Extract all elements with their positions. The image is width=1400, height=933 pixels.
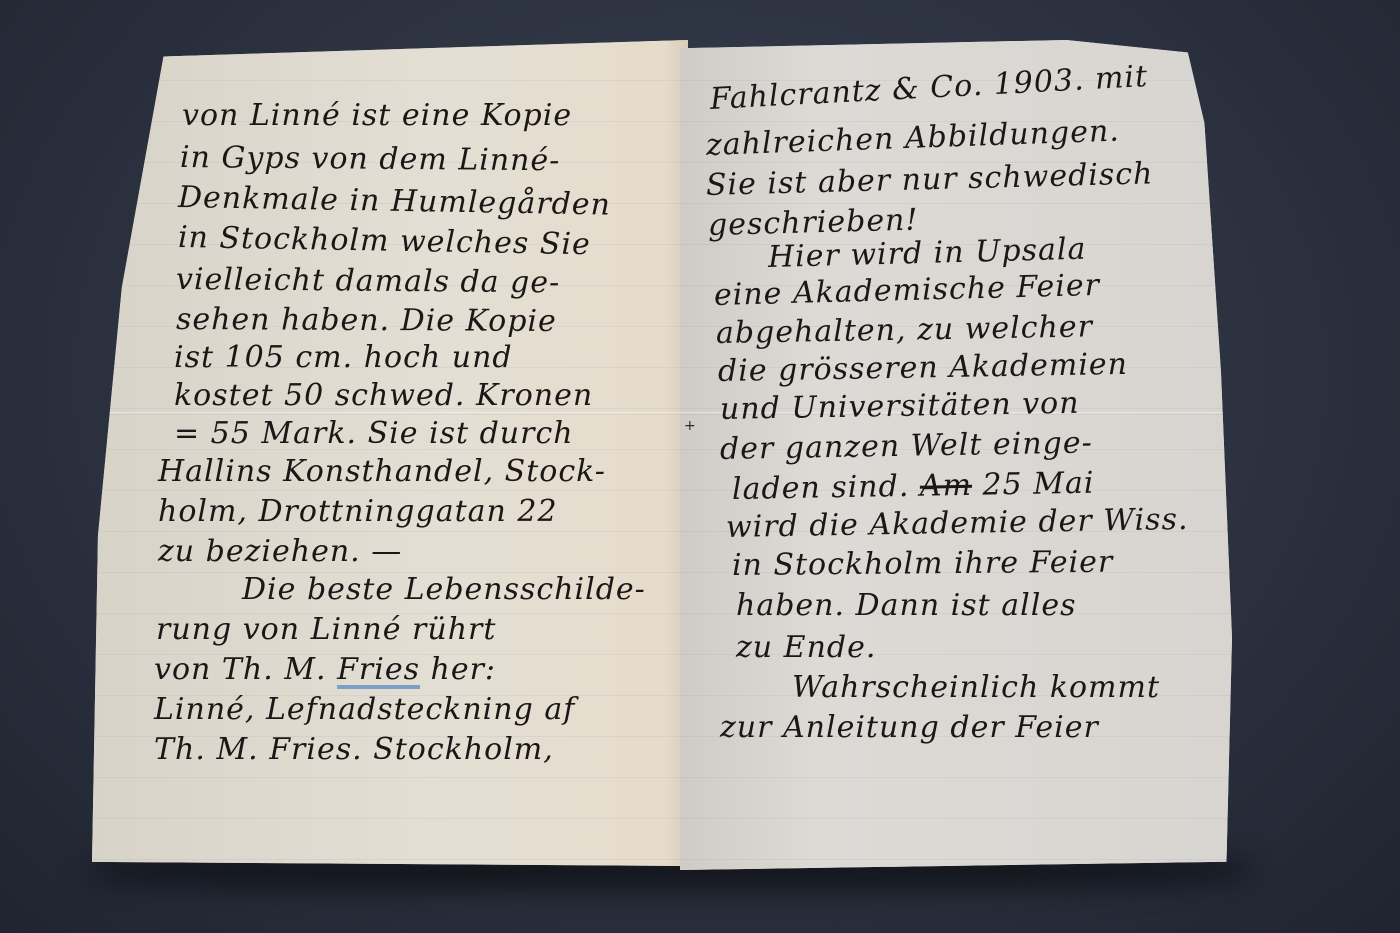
handwritten-line: zahlreichen Abbildungen. [705, 114, 1120, 163]
text-suffix: her: [420, 652, 496, 687]
center-plus-mark: + [684, 418, 694, 428]
text-suffix: 25 Mai [972, 466, 1095, 503]
handwritten-line: zu Ende. [736, 630, 876, 665]
handwritten-line: vielleicht damals da ge- [176, 262, 561, 300]
underlined-word-fries: Fries [337, 652, 420, 687]
handwritten-line: Die beste Lebensschilde- [242, 572, 646, 607]
handwritten-line: der ganzen Welt einge- [720, 425, 1093, 467]
handwritten-line: in Gyps von dem Linné- [180, 140, 561, 178]
handwritten-line: und Universitäten von [720, 386, 1080, 427]
handwritten-line: abgehalten, zu welcher [716, 309, 1094, 351]
right-page: Fahlcrantz & Co. 1903. mit zahlreichen A… [680, 40, 1232, 870]
text-prefix: laden sind. [732, 469, 920, 507]
handwritten-line: Th. M. Fries. Stockholm, [154, 732, 554, 767]
handwritten-line: Hallins Konsthandel, Stock- [158, 454, 606, 489]
handwritten-line-with-underline: von Th. M. Fries her: [154, 652, 496, 687]
handwritten-line-with-strike: laden sind. Am 25 Mai [732, 466, 1095, 507]
handwritten-line: die grösseren Akademien [718, 347, 1129, 389]
handwritten-line: Wahrscheinlich kommt [792, 670, 1160, 705]
handwritten-line: holm, Drottninggatan 22 [158, 494, 558, 529]
text-prefix: von Th. M. [154, 652, 337, 687]
handwritten-line: in Stockholm ihre Feier [732, 545, 1114, 583]
handwritten-line: Sie ist aber nur schwedisch [706, 156, 1154, 203]
handwritten-line: ist 105 cm. hoch und [174, 340, 513, 375]
handwritten-line: sehen haben. Die Kopie [176, 302, 557, 339]
handwritten-line: von Linné ist eine Kopie [182, 98, 572, 133]
handwritten-line: in Stockholm welches Sie [178, 220, 591, 262]
handwritten-line: zur Anleitung der Feier [720, 710, 1099, 745]
handwritten-line: Fahlcrantz & Co. 1903. mit [709, 59, 1149, 117]
left-page: von Linné ist eine Kopie in Gyps von dem… [92, 40, 688, 866]
handwritten-line: haben. Dann ist alles [736, 588, 1076, 623]
handwritten-line: zu beziehen. — [158, 534, 402, 569]
struck-word: Am [920, 468, 973, 504]
handwritten-line: Linné, Lefnadsteckning af [154, 692, 575, 727]
handwritten-line: wird die Akademie der Wiss. [726, 502, 1189, 545]
handwritten-line: rung von Linné rührt [156, 612, 496, 647]
handwritten-line: = 55 Mark. Sie ist durch [174, 416, 574, 451]
handwritten-line: kostet 50 schwed. Kronen [174, 378, 593, 413]
handwritten-line: Denkmale in Humlegården [178, 180, 612, 223]
